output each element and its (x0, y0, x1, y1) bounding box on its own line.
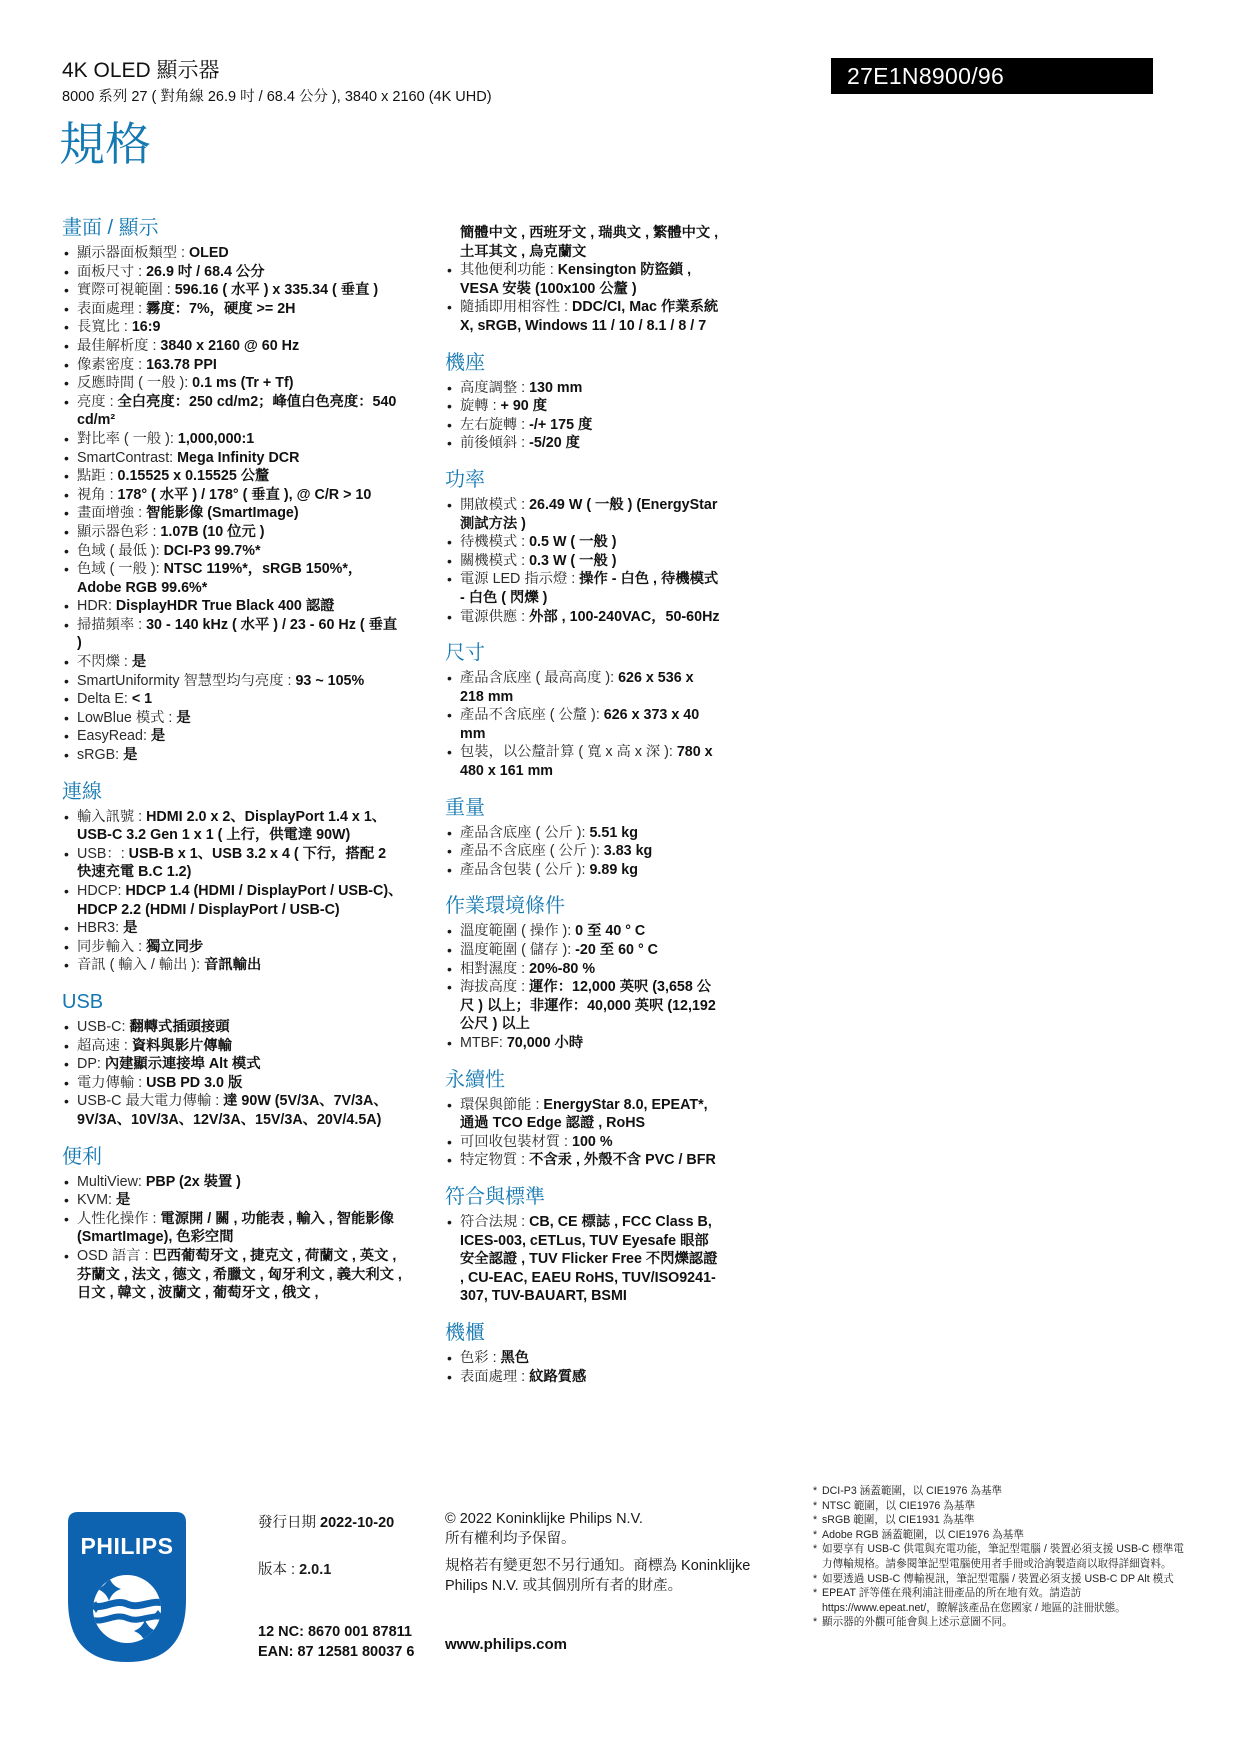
spec-item: MultiView: PBP (2x 裝置 ) (62, 1173, 404, 1192)
section-title: USB (62, 989, 404, 1015)
spec-item: 電源供應 : 外部 , 100-240VAC，50-60Hz (445, 608, 721, 627)
spec-item-list: 產品含底座 ( 公斤 ): 5.51 kg產品不含底座 ( 公斤 ): 3.83… (445, 824, 721, 880)
issue-date-label: 發行日期 (258, 1515, 316, 1531)
spec-item: 面板尺寸 : 26.9 吋 / 68.4 公分 (62, 263, 404, 282)
spec-item: KVM: 是 (62, 1191, 404, 1210)
spec-item: HDR: DisplayHDR True Black 400 認證 (62, 597, 404, 616)
footnote: sRGB 範圍，以 CIE1931 為基準 (813, 1513, 1187, 1528)
spec-item-list: 產品含底座 ( 最高高度 ): 626 x 536 x 218 mm產品不含底座… (445, 669, 721, 781)
spec-section: 機櫃色彩 : 黑色表面處理 : 紋路質感 (445, 1320, 721, 1386)
svg-text:PHILIPS: PHILIPS (81, 1533, 174, 1559)
footnote: Adobe RGB 涵蓋範圍，以 CIE1976 為基準 (813, 1528, 1187, 1543)
spec-item: 對比率 ( 一般 ): 1,000,000:1 (62, 430, 404, 449)
section-title: 畫面 / 顯示 (62, 215, 404, 241)
spec-item: 亮度 : 全白亮度：250 cd/m2；峰值白色亮度：540 cd/m² (62, 393, 404, 430)
spec-item: Delta E: < 1 (62, 690, 404, 709)
section-title: 作業環境條件 (445, 893, 721, 919)
spec-item-list: 高度調整 : 130 mm旋轉 : + 90 度左右旋轉 : -/+ 175 度… (445, 379, 721, 453)
section-title: 機座 (445, 350, 721, 376)
spec-item: 左右旋轉 : -/+ 175 度 (445, 416, 721, 435)
spec-item: 電源 LED 指示燈 : 操作 - 白色 , 待機模式 - 白色 ( 閃爍 ) (445, 570, 721, 607)
spec-item: 溫度範圍 ( 儲存 ): -20 至 60 ° C (445, 941, 721, 960)
spec-item-list: 顯示器面板類型 : OLED面板尺寸 : 26.9 吋 / 68.4 公分實際可… (62, 244, 404, 765)
spec-section: 連線輸入訊號 : HDMI 2.0 x 2、DisplayPort 1.4 x … (62, 779, 404, 975)
spec-item: 反應時間 ( 一般 ): 0.1 ms (Tr + Tf) (62, 374, 404, 393)
spec-item-list: 環保與節能 : EnergyStar 8.0, EPEAT*, 通過 TCO E… (445, 1096, 721, 1170)
page-title: 規格 (59, 116, 151, 172)
spec-item: 包裝，以公釐計算 ( 寬 x 高 x 深 ): 780 x 480 x 161 … (445, 743, 721, 780)
spec-item: USB-C: 翻轉式插頭接頭 (62, 1018, 404, 1037)
version-value: 2.0.1 (299, 1562, 331, 1578)
footnote: 如要透過 USB-C 傳輸視訊，筆記型電腦 / 裝置必須支援 USB-C DP … (813, 1572, 1187, 1587)
product-description: 8000 系列 27 ( 對角線 26.9 吋 / 68.4 公分 ), 384… (62, 85, 492, 106)
spec-item: 電力傳輸 : USB PD 3.0 版 (62, 1074, 404, 1093)
spec-item: LowBlue 模式 : 是 (62, 709, 404, 728)
spec-column-right: 簡體中文 , 西班牙文 , 瑞典文 , 繁體中文 , 土耳其文 , 烏克蘭文其他… (445, 224, 721, 1386)
product-codes: 12 NC: 8670 001 87811 EAN: 87 12581 8003… (258, 1622, 414, 1662)
spec-item: 長寬比 : 16:9 (62, 318, 404, 337)
spec-item: 高度調整 : 130 mm (445, 379, 721, 398)
section-title: 連線 (62, 779, 404, 805)
section-title: 符合與標準 (445, 1184, 721, 1210)
spec-item: DP: 內建顯示連接埠 Alt 模式 (62, 1055, 404, 1074)
spec-item: OSD 語言 : 巴西葡萄牙文 , 捷克文 , 荷蘭文 , 英文 , 芬蘭文 ,… (62, 1247, 404, 1303)
ean-code: EAN: 87 12581 80037 6 (258, 1642, 414, 1662)
spec-item: 超高速 : 資料與影片傳輸 (62, 1037, 404, 1056)
spec-item-list: 輸入訊號 : HDMI 2.0 x 2、DisplayPort 1.4 x 1、… (62, 808, 404, 975)
spec-item: USB：: USB-B x 1、USB 3.2 x 4 ( 下行，搭配 2 快速… (62, 845, 404, 882)
spec-section: 作業環境條件溫度範圍 ( 操作 ): 0 至 40 ° C溫度範圍 ( 儲存 )… (445, 893, 721, 1052)
copyright-block: © 2022 Koninklijke Philips N.V. 所有權利均予保留… (445, 1509, 745, 1549)
spec-section: 尺寸產品含底座 ( 最高高度 ): 626 x 536 x 218 mm產品不含… (445, 640, 721, 781)
spec-item: 其他便利功能 : Kensington 防盜鎖 , VESA 安裝 (100x1… (445, 261, 721, 298)
spec-section: 符合與標準符合法規 : CB, CE 標誌 , FCC Class B, ICE… (445, 1184, 721, 1306)
philips-logo: PHILIPS (68, 1512, 186, 1662)
spec-item: SmartUniformity 智慧型均勻亮度 : 93 ~ 105% (62, 672, 404, 691)
spec-item: sRGB: 是 (62, 746, 404, 765)
version-row: 版本 : 2.0.1 (258, 1558, 331, 1579)
footnote: EPEAT 評等僅在飛利浦註冊產品的所在地有效。請造訪 https://www.… (813, 1586, 1187, 1615)
footnote: 如要享有 USB-C 供電與充電功能，筆記型電腦 / 裝置必須支援 USB-C … (813, 1542, 1187, 1571)
spec-section: USBUSB-C: 翻轉式插頭接頭超高速 : 資料與影片傳輸DP: 內建顯示連接… (62, 989, 404, 1130)
spec-item: 環保與節能 : EnergyStar 8.0, EPEAT*, 通過 TCO E… (445, 1096, 721, 1133)
spec-item: 像素密度 : 163.78 PPI (62, 356, 404, 375)
spec-item: USB-C 最大電力傳輸 : 達 90W (5V/3A、7V/3A、9V/3A、… (62, 1092, 404, 1129)
spec-item-list: 開啟模式 : 26.49 W ( 一般 ) (EnergyStar 測試方法 )… (445, 496, 721, 626)
spec-item: 色域 ( 最低 ): DCI-P3 99.7%* (62, 542, 404, 561)
spec-item-list: 符合法規 : CB, CE 標誌 , FCC Class B, ICES-003… (445, 1213, 721, 1306)
spec-item: 色彩 : 黑色 (445, 1349, 721, 1368)
spec-section: 永續性環保與節能 : EnergyStar 8.0, EPEAT*, 通過 TC… (445, 1067, 721, 1170)
footnote: 顯示器的外觀可能會與上述示意圖不同。 (813, 1615, 1187, 1630)
spec-item: 海拔高度 : 運作：12,000 英呎 (3,658 公尺 ) 以上；非運作：4… (445, 978, 721, 1034)
philips-website-link[interactable]: www.philips.com (445, 1636, 567, 1653)
spec-item: 畫面增強 : 智能影像 (SmartImage) (62, 504, 404, 523)
nc-code: 12 NC: 8670 001 87811 (258, 1622, 414, 1642)
spec-item: 產品含包裝 ( 公斤 ): 9.89 kg (445, 861, 721, 880)
spec-item: 音訊 ( 輸入 / 輸出 ): 音訊輸出 (62, 956, 404, 975)
spec-item: 點距 : 0.15525 x 0.15525 公釐 (62, 467, 404, 486)
spec-item: 同步輸入 : 獨立同步 (62, 938, 404, 957)
spec-item: 開啟模式 : 26.49 W ( 一般 ) (EnergyStar 測試方法 ) (445, 496, 721, 533)
spec-item: 人性化操作 : 電源開 / 關 , 功能表 , 輸入 , 智能影像 (Smart… (62, 1210, 404, 1247)
version-label: 版本 : (258, 1562, 295, 1578)
footnotes-list: DCI-P3 涵蓋範圍，以 CIE1976 為基準NTSC 範圍，以 CIE19… (813, 1484, 1187, 1630)
copyright-line1: © 2022 Koninklijke Philips N.V. (445, 1509, 745, 1529)
section-title: 便利 (62, 1144, 404, 1170)
spec-item: 最佳解析度 : 3840 x 2160 @ 60 Hz (62, 337, 404, 356)
spec-item: 實際可視範圍 : 596.16 ( 水平 ) x 335.34 ( 垂直 ) (62, 281, 404, 300)
spec-item: 掃描頻率 : 30 - 140 kHz ( 水平 ) / 23 - 60 Hz … (62, 616, 404, 653)
spec-item: 色域 ( 一般 ): NTSC 119%*，sRGB 150%*，Adobe R… (62, 560, 404, 597)
spec-item: MTBF: 70,000 小時 (445, 1034, 721, 1053)
spec-item: 溫度範圍 ( 操作 ): 0 至 40 ° C (445, 922, 721, 941)
spec-item-list: 簡體中文 , 西班牙文 , 瑞典文 , 繁體中文 , 土耳其文 , 烏克蘭文其他… (445, 224, 721, 336)
section-title: 功率 (445, 467, 721, 493)
spec-item-list: MultiView: PBP (2x 裝置 )KVM: 是人性化操作 : 電源開… (62, 1173, 404, 1303)
spec-item: 產品不含底座 ( 公斤 ): 3.83 kg (445, 842, 721, 861)
spec-section: 重量產品含底座 ( 公斤 ): 5.51 kg產品不含底座 ( 公斤 ): 3.… (445, 795, 721, 880)
spec-item: 符合法規 : CB, CE 標誌 , FCC Class B, ICES-003… (445, 1213, 721, 1306)
spec-item: 隨插即用相容性 : DDC/CI, Mac 作業系統 X, sRGB, Wind… (445, 298, 721, 335)
spec-item: 產品含底座 ( 最高高度 ): 626 x 536 x 218 mm (445, 669, 721, 706)
product-type: 4K OLED 顯示器 (62, 54, 220, 84)
spec-section: 簡體中文 , 西班牙文 , 瑞典文 , 繁體中文 , 土耳其文 , 烏克蘭文其他… (445, 224, 721, 336)
spec-column-left: 畫面 / 顯示顯示器面板類型 : OLED面板尺寸 : 26.9 吋 / 68.… (62, 215, 404, 1303)
spec-item: HBR3: 是 (62, 919, 404, 938)
spec-item: 輸入訊號 : HDMI 2.0 x 2、DisplayPort 1.4 x 1、… (62, 808, 404, 845)
disclaimer-text: 規格若有變更恕不另行通知。商標為 Koninklijke Philips N.V… (445, 1556, 795, 1596)
spec-item: 產品含底座 ( 公斤 ): 5.51 kg (445, 824, 721, 843)
issue-date-value: 2022-10-20 (320, 1515, 394, 1531)
copyright-line2: 所有權利均予保留。 (445, 1529, 745, 1549)
spec-item: HDCP: HDCP 1.4 (HDMI / DisplayPort / USB… (62, 882, 404, 919)
model-number: 27E1N8900/96 (847, 63, 1004, 90)
spec-section: 機座高度調整 : 130 mm旋轉 : + 90 度左右旋轉 : -/+ 175… (445, 350, 721, 453)
spec-section: 便利MultiView: PBP (2x 裝置 )KVM: 是人性化操作 : 電… (62, 1144, 404, 1303)
spec-item-list: USB-C: 翻轉式插頭接頭超高速 : 資料與影片傳輸DP: 內建顯示連接埠 A… (62, 1018, 404, 1130)
spec-item: 視角 : 178° ( 水平 ) / 178° ( 垂直 ), @ C/R > … (62, 486, 404, 505)
spec-item: SmartContrast: Mega Infinity DCR (62, 449, 404, 468)
spec-section: 畫面 / 顯示顯示器面板類型 : OLED面板尺寸 : 26.9 吋 / 68.… (62, 215, 404, 765)
spec-section: 功率開啟模式 : 26.49 W ( 一般 ) (EnergyStar 測試方法… (445, 467, 721, 626)
spec-item: 不閃爍 : 是 (62, 653, 404, 672)
model-number-box: 27E1N8900/96 (831, 58, 1153, 94)
spec-item: 特定物質 : 不含汞 , 外殼不含 PVC / BFR (445, 1151, 721, 1170)
spec-item: 表面處理 : 紋路質感 (445, 1368, 721, 1387)
footnote: NTSC 範圍，以 CIE1976 為基準 (813, 1499, 1187, 1514)
spec-item-list: 色彩 : 黑色表面處理 : 紋路質感 (445, 1349, 721, 1386)
section-title: 永續性 (445, 1067, 721, 1093)
section-title: 尺寸 (445, 640, 721, 666)
publication-date-row: 發行日期 2022-10-20 (258, 1511, 428, 1532)
section-title: 機櫃 (445, 1320, 721, 1346)
spec-item: 表面處理 : 霧度：7%，硬度 >= 2H (62, 300, 404, 319)
spec-item: 關機模式 : 0.3 W ( 一般 ) (445, 552, 721, 571)
footnote: DCI-P3 涵蓋範圍，以 CIE1976 為基準 (813, 1484, 1187, 1499)
section-title: 重量 (445, 795, 721, 821)
spec-item: 產品不含底座 ( 公釐 ): 626 x 373 x 40 mm (445, 706, 721, 743)
spec-item: 顯示器色彩 : 1.07B (10 位元 ) (62, 523, 404, 542)
spec-item: 前後傾斜 : -5/20 度 (445, 434, 721, 453)
spec-item: 可回收包裝材質 : 100 % (445, 1133, 721, 1152)
spec-item: 旋轉 : + 90 度 (445, 397, 721, 416)
spec-item-list: 溫度範圍 ( 操作 ): 0 至 40 ° C溫度範圍 ( 儲存 ): -20 … (445, 922, 721, 1052)
spec-item: EasyRead: 是 (62, 727, 404, 746)
spec-item: 相對濕度 : 20%-80 % (445, 960, 721, 979)
spec-item: 顯示器面板類型 : OLED (62, 244, 404, 263)
spec-item: 簡體中文 , 西班牙文 , 瑞典文 , 繁體中文 , 土耳其文 , 烏克蘭文 (445, 224, 721, 261)
spec-sheet-page: 4K OLED 顯示器 8000 系列 27 ( 對角線 26.9 吋 / 68… (0, 0, 1240, 1755)
spec-item: 待機模式 : 0.5 W ( 一般 ) (445, 533, 721, 552)
